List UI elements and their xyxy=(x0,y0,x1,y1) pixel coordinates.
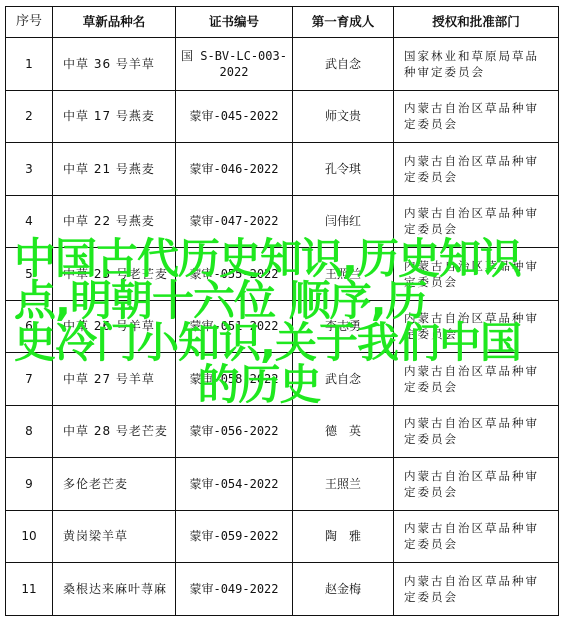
cell-approval-department: 内蒙古自治区草品种审定委员会 xyxy=(394,405,559,458)
cell-first-breeder: 赵金梅 xyxy=(293,563,394,616)
table-row: 5 中草 23 号老芒麦 蒙审-055-2022 王照兰 内蒙古自治区草品种审定… xyxy=(6,248,559,301)
cell-serial-number: 2 xyxy=(6,90,53,143)
cell-variety-name: 多伦老芒麦 xyxy=(53,458,176,511)
cell-first-breeder: 孔令琪 xyxy=(293,143,394,196)
cell-approval-department: 国家林业和草原局草品种审定委员会 xyxy=(394,38,559,91)
table-row: 8 中草 28 号老芒麦 蒙审-056-2022 德 英 内蒙古自治区草品种审定… xyxy=(6,405,559,458)
cell-approval-department: 内蒙古自治区草品种审定委员会 xyxy=(394,90,559,143)
cell-certificate-number: 蒙审-055-2022 xyxy=(176,248,293,301)
cell-first-breeder: 闫伟红 xyxy=(293,195,394,248)
cell-serial-number: 7 xyxy=(6,353,53,406)
table-row: 1 中草 36 号羊草 国 S-BV-LC-003-2022 武自念 国家林业和… xyxy=(6,38,559,91)
cell-variety-name: 中草 17 号燕麦 xyxy=(53,90,176,143)
cell-variety-name: 中草 21 号燕麦 xyxy=(53,143,176,196)
table-row: 4 中草 22 号燕麦 蒙审-047-2022 闫伟红 内蒙古自治区草品种审定委… xyxy=(6,195,559,248)
cell-approval-department: 内蒙古自治区草品种审定委员会 xyxy=(394,353,559,406)
cell-variety-name: 中草 27 号羊草 xyxy=(53,353,176,406)
table-row: 9 多伦老芒麦 蒙审-054-2022 王照兰 内蒙古自治区草品种审定委员会 xyxy=(6,458,559,511)
variety-table-container: 序号 草新品种名 证书编号 第一育成人 授权和批准部门 1 中草 36 号羊草 … xyxy=(5,6,559,616)
cell-serial-number: 3 xyxy=(6,143,53,196)
cell-certificate-number: 蒙审-045-2022 xyxy=(176,90,293,143)
cell-serial-number: 1 xyxy=(6,38,53,91)
cell-first-breeder: 王照兰 xyxy=(293,248,394,301)
cell-variety-name: 桑根达来麻叶荨麻 xyxy=(53,563,176,616)
cell-variety-name: 中草 28 号老芒麦 xyxy=(53,405,176,458)
cell-first-breeder: 师文贵 xyxy=(293,90,394,143)
header-serial-number: 序号 xyxy=(6,7,53,38)
cell-certificate-number: 蒙审-056-2022 xyxy=(176,405,293,458)
cell-certificate-number: 蒙审-049-2022 xyxy=(176,563,293,616)
cell-approval-department: 内蒙古自治区草品种审定委员会 xyxy=(394,563,559,616)
cell-serial-number: 5 xyxy=(6,248,53,301)
header-certificate-number: 证书编号 xyxy=(176,7,293,38)
cell-first-breeder: 武自念 xyxy=(293,38,394,91)
cell-serial-number: 9 xyxy=(6,458,53,511)
cell-approval-department: 内蒙古自治区草品种审定委员会 xyxy=(394,248,559,301)
header-approval-department: 授权和批准部门 xyxy=(394,7,559,38)
table-row: 6 中草 26 号羊草 蒙审-051-2022 李志勇 内蒙古自治区草品种审定委… xyxy=(6,300,559,353)
table-row: 7 中草 27 号羊草 蒙审-058-2022 武自念 内蒙古自治区草品种审定委… xyxy=(6,353,559,406)
table-row: 2 中草 17 号燕麦 蒙审-045-2022 师文贵 内蒙古自治区草品种审定委… xyxy=(6,90,559,143)
header-first-breeder: 第一育成人 xyxy=(293,7,394,38)
cell-approval-department: 内蒙古自治区草品种审定委员会 xyxy=(394,195,559,248)
cell-variety-name: 中草 26 号羊草 xyxy=(53,300,176,353)
cell-approval-department: 内蒙古自治区草品种审定委员会 xyxy=(394,143,559,196)
cell-serial-number: 8 xyxy=(6,405,53,458)
table-row: 10 黄岗梁羊草 蒙审-059-2022 陶 雅 内蒙古自治区草品种审定委员会 xyxy=(6,510,559,563)
cell-certificate-number: 蒙审-058-2022 xyxy=(176,353,293,406)
cell-certificate-number: 蒙审-051-2022 xyxy=(176,300,293,353)
cell-serial-number: 6 xyxy=(6,300,53,353)
cell-first-breeder: 李志勇 xyxy=(293,300,394,353)
cell-serial-number: 11 xyxy=(6,563,53,616)
cell-certificate-number: 蒙审-054-2022 xyxy=(176,458,293,511)
cell-certificate-number: 蒙审-047-2022 xyxy=(176,195,293,248)
cell-certificate-number: 国 S-BV-LC-003-2022 xyxy=(176,38,293,91)
cell-first-breeder: 陶 雅 xyxy=(293,510,394,563)
cell-approval-department: 内蒙古自治区草品种审定委员会 xyxy=(394,510,559,563)
cell-variety-name: 黄岗梁羊草 xyxy=(53,510,176,563)
cell-first-breeder: 德 英 xyxy=(293,405,394,458)
cell-variety-name: 中草 22 号燕麦 xyxy=(53,195,176,248)
cell-certificate-number: 蒙审-046-2022 xyxy=(176,143,293,196)
grass-variety-table: 序号 草新品种名 证书编号 第一育成人 授权和批准部门 1 中草 36 号羊草 … xyxy=(5,6,559,616)
table-header-row: 序号 草新品种名 证书编号 第一育成人 授权和批准部门 xyxy=(6,7,559,38)
cell-serial-number: 4 xyxy=(6,195,53,248)
header-variety-name: 草新品种名 xyxy=(53,7,176,38)
cell-first-breeder: 武自念 xyxy=(293,353,394,406)
table-row: 3 中草 21 号燕麦 蒙审-046-2022 孔令琪 内蒙古自治区草品种审定委… xyxy=(6,143,559,196)
cell-certificate-number: 蒙审-059-2022 xyxy=(176,510,293,563)
cell-approval-department: 内蒙古自治区草品种审定委员会 xyxy=(394,300,559,353)
cell-variety-name: 中草 23 号老芒麦 xyxy=(53,248,176,301)
table-row: 11 桑根达来麻叶荨麻 蒙审-049-2022 赵金梅 内蒙古自治区草品种审定委… xyxy=(6,563,559,616)
cell-first-breeder: 王照兰 xyxy=(293,458,394,511)
cell-serial-number: 10 xyxy=(6,510,53,563)
cell-approval-department: 内蒙古自治区草品种审定委员会 xyxy=(394,458,559,511)
cell-variety-name: 中草 36 号羊草 xyxy=(53,38,176,91)
